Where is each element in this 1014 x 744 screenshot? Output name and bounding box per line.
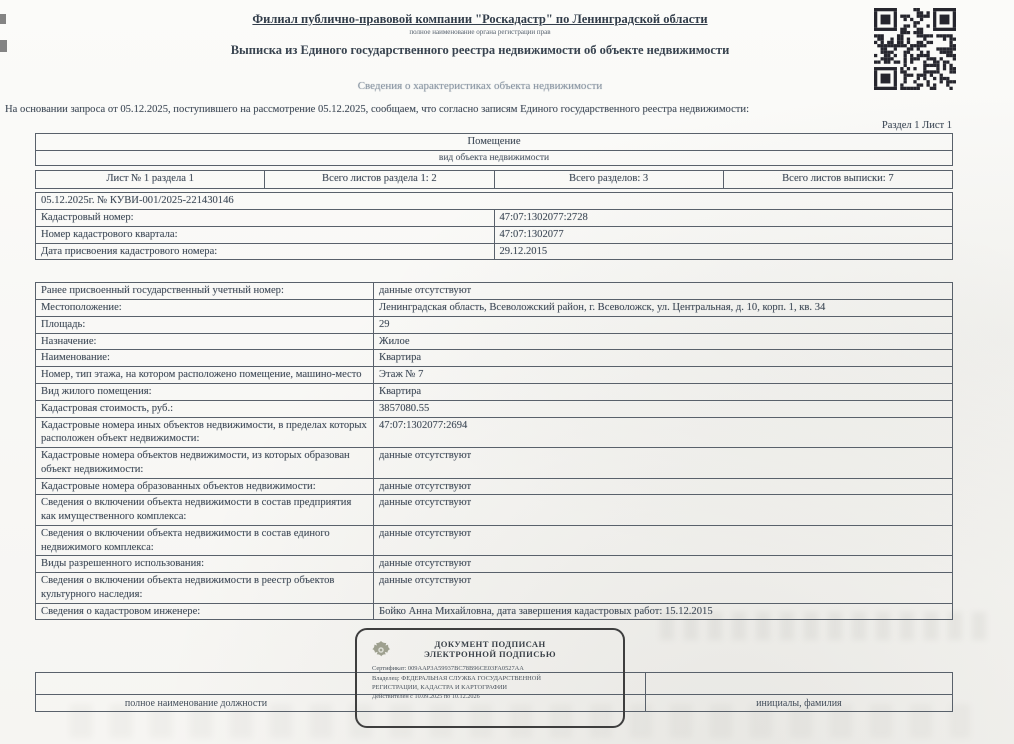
row-label: Кадастровая стоимость, руб.:: [36, 400, 374, 417]
row-value: Ленинградская область, Всеволожский райо…: [374, 300, 953, 317]
table-row: 05.12.2025г. № КУВИ-001/2025-221430146: [36, 193, 953, 210]
row-label: Сведения о включении объекта недвижимост…: [36, 495, 374, 526]
row-value: 47:07:1302077:2728: [494, 210, 953, 227]
sheet-info-cell: Всего листов выписки: 7: [723, 171, 952, 189]
row-label: Дата присвоения кадастрового номера:: [36, 243, 495, 260]
row-value: 3857080.55: [374, 400, 953, 417]
table-row: Площадь:29: [36, 316, 953, 333]
row-value: 29.12.2015: [494, 243, 953, 260]
stamp-owner-1: Владелец: ФЕДЕРАЛЬНАЯ СЛУЖБА ГОСУДАРСТВЕ…: [357, 674, 623, 683]
object-type-caption: вид объекта недвижимости: [36, 151, 953, 166]
row-label: Сведения о включении объекта недвижимост…: [36, 525, 374, 556]
row-value: Квартира: [374, 384, 953, 401]
table-row: Дата присвоения кадастрового номера:29.1…: [36, 243, 953, 260]
sheet-info-table: Лист № 1 раздела 1Всего листов раздела 1…: [35, 170, 953, 189]
section-sheet-label: Раздел 1 Лист 1: [882, 120, 952, 131]
row-value: данные отсутствуют: [374, 478, 953, 495]
row-value: данные отсутствуют: [374, 525, 953, 556]
row-label: Кадастровые номера образованных объектов…: [36, 478, 374, 495]
row-label: Назначение:: [36, 333, 374, 350]
table-row: Наименование:Квартира: [36, 350, 953, 367]
table-row: Сведения о кадастровом инженере:Бойко Ан…: [36, 603, 953, 620]
stamp-title-2: ЭЛЕКТРОННОЙ ПОДПИСЬЮ: [357, 649, 623, 659]
row-label: Кадастровые номера иных объектов недвижи…: [36, 417, 374, 448]
position-name-label: полное наименование должности: [36, 695, 357, 712]
table-row: вид объекта недвижимости: [36, 151, 953, 166]
table-row: Ранее присвоенный государственный учетны…: [36, 283, 953, 300]
row-label: Сведения о включении объекта недвижимост…: [36, 573, 374, 604]
row-value: Этаж № 7: [374, 367, 953, 384]
table-row: Вид жилого помещения:Квартира: [36, 384, 953, 401]
table-row: Номер, тип этажа, на котором расположено…: [36, 367, 953, 384]
signature-cell: [36, 673, 357, 695]
row-value: данные отсутствуют: [374, 283, 953, 300]
table-row: Кадастровая стоимость, руб.:3857080.55: [36, 400, 953, 417]
row-value: Жилое: [374, 333, 953, 350]
row-value: Бойко Анна Михайловна, дата завершения к…: [374, 603, 953, 620]
initials-surname-label: инициалы, фамилия: [645, 695, 952, 712]
sheet-info-cell: Всего листов раздела 1: 2: [265, 171, 494, 189]
table-row: Кадастровые номера образованных объектов…: [36, 478, 953, 495]
table-row: Сведения о включении объекта недвижимост…: [36, 495, 953, 526]
row-value: 29: [374, 316, 953, 333]
sheet-info-cell: Всего разделов: 3: [494, 171, 723, 189]
stamp-title-1: ДОКУМЕНТ ПОДПИСАН: [357, 639, 623, 649]
stamp-owner-2: РЕГИСТРАЦИИ, КАДАСТРА И КАРТОГРАФИИ: [357, 683, 623, 692]
row-value: данные отсутствуют: [374, 556, 953, 573]
row-value: Квартира: [374, 350, 953, 367]
details-table: Ранее присвоенный государственный учетны…: [35, 282, 953, 620]
request-table: 05.12.2025г. № КУВИ-001/2025-221430146 К…: [35, 192, 953, 260]
table-row: Сведения о включении объекта недвижимост…: [36, 525, 953, 556]
row-value: 47:07:1302077:2694: [374, 417, 953, 448]
row-label: Виды разрешенного использования:: [36, 556, 374, 573]
row-label: Номер, тип этажа, на котором расположено…: [36, 367, 374, 384]
table-row: Местоположение:Ленинградская область, Вс…: [36, 300, 953, 317]
sheet-info-cell: Лист № 1 раздела 1: [36, 171, 265, 189]
document-page: Филиал публично-правовой компании "Роска…: [0, 0, 1014, 744]
row-value: данные отсутствуют: [374, 573, 953, 604]
object-type-value: Помещение: [36, 134, 953, 151]
object-type-table: Помещение вид объекта недвижимости: [35, 133, 953, 166]
table-row: Помещение: [36, 134, 953, 151]
row-value: данные отсутствуют: [374, 495, 953, 526]
table-row: Лист № 1 раздела 1Всего листов раздела 1…: [36, 171, 953, 189]
document-body: Помещение вид объекта недвижимости Лист …: [35, 133, 953, 738]
section-title: Сведения о характеристиках объекта недви…: [0, 80, 960, 92]
document-header: Филиал публично-правовой компании "Роска…: [0, 12, 960, 58]
row-value: 47:07:1302077: [494, 226, 953, 243]
coat-of-arms-icon: [370, 639, 392, 661]
document-title: Выписка из Единого государственного реес…: [0, 43, 960, 58]
row-label: Ранее присвоенный государственный учетны…: [36, 283, 374, 300]
stamp-validity: Действителен с 10.09.2025 по 10.12.2026: [357, 693, 623, 700]
row-label: Местоположение:: [36, 300, 374, 317]
table-row: Виды разрешенного использования:данные о…: [36, 556, 953, 573]
table-row: Кадастровые номера объектов недвижимости…: [36, 448, 953, 479]
signature-cell: [645, 673, 952, 695]
table-row: Сведения о включении объекта недвижимост…: [36, 573, 953, 604]
row-label: Вид жилого помещения:: [36, 384, 374, 401]
digital-signature-stamp: ДОКУМЕНТ ПОДПИСАН ЭЛЕКТРОННОЙ ПОДПИСЬЮ С…: [355, 628, 625, 728]
row-label: Кадастровые номера объектов недвижимости…: [36, 448, 374, 479]
basis-line: На основании запроса от 05.12.2025, пост…: [5, 104, 965, 115]
row-value: данные отсутствуют: [374, 448, 953, 479]
row-label: Номер кадастрового квартала:: [36, 226, 495, 243]
signature-area: полное наименование должности инициалы, …: [35, 628, 953, 738]
row-label: Сведения о кадастровом инженере:: [36, 603, 374, 620]
table-row: Кадастровый номер:47:07:1302077:2728: [36, 210, 953, 227]
table-row: Кадастровые номера иных объектов недвижи…: [36, 417, 953, 448]
table-row: Назначение:Жилое: [36, 333, 953, 350]
request-number: 05.12.2025г. № КУВИ-001/2025-221430146: [36, 193, 953, 210]
row-label: Наименование:: [36, 350, 374, 367]
stamp-certificate: Сертификат: 009AAP3A59937BC78B96CE03FA05…: [357, 664, 623, 673]
row-label: Площадь:: [36, 316, 374, 333]
org-title: Филиал публично-правовой компании "Роска…: [0, 12, 960, 27]
table-row: Номер кадастрового квартала:47:07:130207…: [36, 226, 953, 243]
org-subtitle: полное наименование органа регистрации п…: [0, 28, 960, 36]
row-label: Кадастровый номер:: [36, 210, 495, 227]
